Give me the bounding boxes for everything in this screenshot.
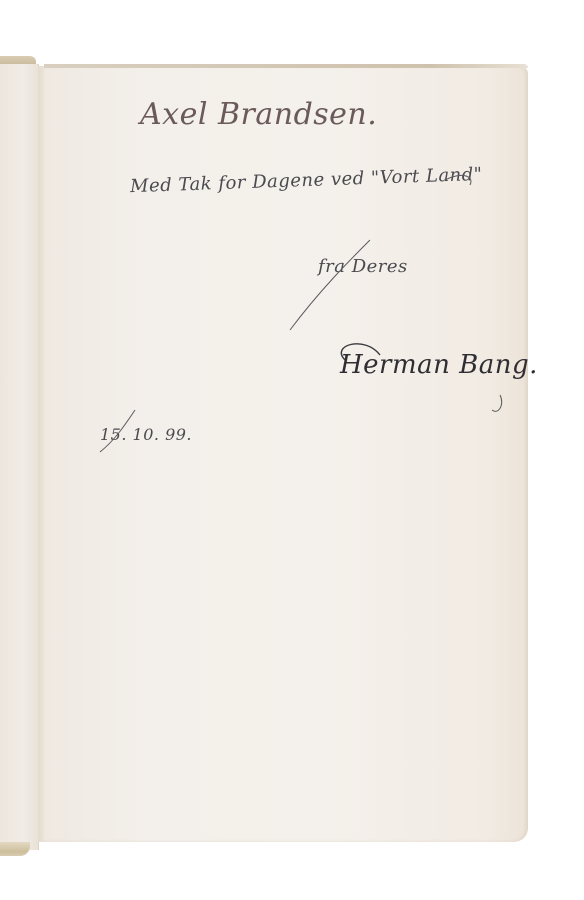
inscription-recipient: Axel Brandsen. (140, 97, 377, 132)
inscription-signature: Herman Bang. (340, 350, 538, 380)
open-book: Axel Brandsen. Med Tak for Dagene ved "V… (0, 0, 584, 900)
book-cover-bottom-edge (0, 842, 30, 856)
inscription-date: 15. 10. 99. (100, 425, 192, 444)
page-top-edge (44, 64, 528, 68)
inscription-from-line: fra Deres (318, 256, 408, 277)
left-page (0, 64, 39, 850)
